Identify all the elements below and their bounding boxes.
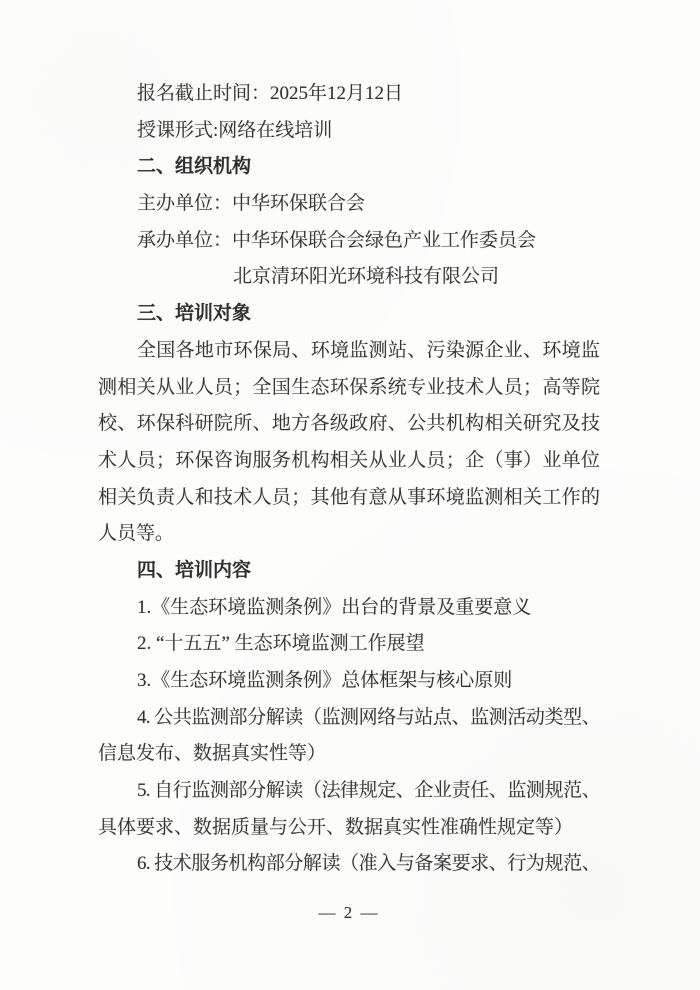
line-audience-6: 人员等。	[98, 516, 600, 553]
line-audience-5: 相关负责人和技术人员；其他有意从事环境监测相关工作的	[98, 480, 600, 517]
line-training-item-6a: 6. 技术服务机构部分解读（准入与备案要求、行为规范、	[98, 846, 600, 883]
line-training-item-1: 1.《生态环境监测条例》出台的背景及重要意义	[98, 590, 600, 627]
heading-section-content: 四、培训内容	[98, 553, 600, 590]
heading-section-audience: 三、培训对象	[98, 296, 600, 333]
line-course-format: 授课形式:网络在线培训	[98, 113, 600, 150]
line-audience-1: 全国各地市环保局、环境监测站、污染源企业、环境监	[98, 333, 600, 370]
document-body: 报名截止时间：2025年12月12日 授课形式:网络在线培训 二、组织机构 主办…	[98, 76, 600, 883]
line-training-item-4a: 4. 公共监测部分解读（监测网络与站点、监测活动类型、	[98, 700, 600, 737]
line-training-item-5b: 具体要求、数据质量与公开、数据真实性准确性规定等）	[98, 810, 600, 847]
line-training-item-5a: 5. 自行监测部分解读（法律规定、企业责任、监测规范、	[98, 773, 600, 810]
line-training-item-3: 3.《生态环境监测条例》总体框架与核心原则	[98, 663, 600, 700]
line-registration-deadline: 报名截止时间：2025年12月12日	[98, 76, 600, 113]
page-number: — 2 —	[98, 903, 600, 923]
heading-section-organization: 二、组织机构	[98, 149, 600, 186]
line-audience-3: 校、环保科研院所、地方各级政府、公共机构相关研究及技	[98, 406, 600, 443]
scanned-document-page: 报名截止时间：2025年12月12日 授课形式:网络在线培训 二、组织机构 主办…	[0, 0, 700, 990]
line-training-item-2: 2. “十五五” 生态环境监测工作展望	[98, 626, 600, 663]
line-co-organizer: 承办单位：中华环保联合会绿色产业工作委员会	[98, 223, 600, 260]
line-audience-4: 术人员；环保咨询服务机构相关从业人员；企（事）业单位	[98, 443, 600, 480]
line-organizer: 主办单位：中华环保联合会	[98, 186, 600, 223]
line-audience-2: 测相关从业人员；全国生态环保系统专业技术人员；高等院	[98, 370, 600, 407]
line-co-organizer-2: 北京清环阳光环境科技有限公司	[98, 259, 600, 296]
line-training-item-4b: 信息发布、数据真实性等）	[98, 736, 600, 773]
